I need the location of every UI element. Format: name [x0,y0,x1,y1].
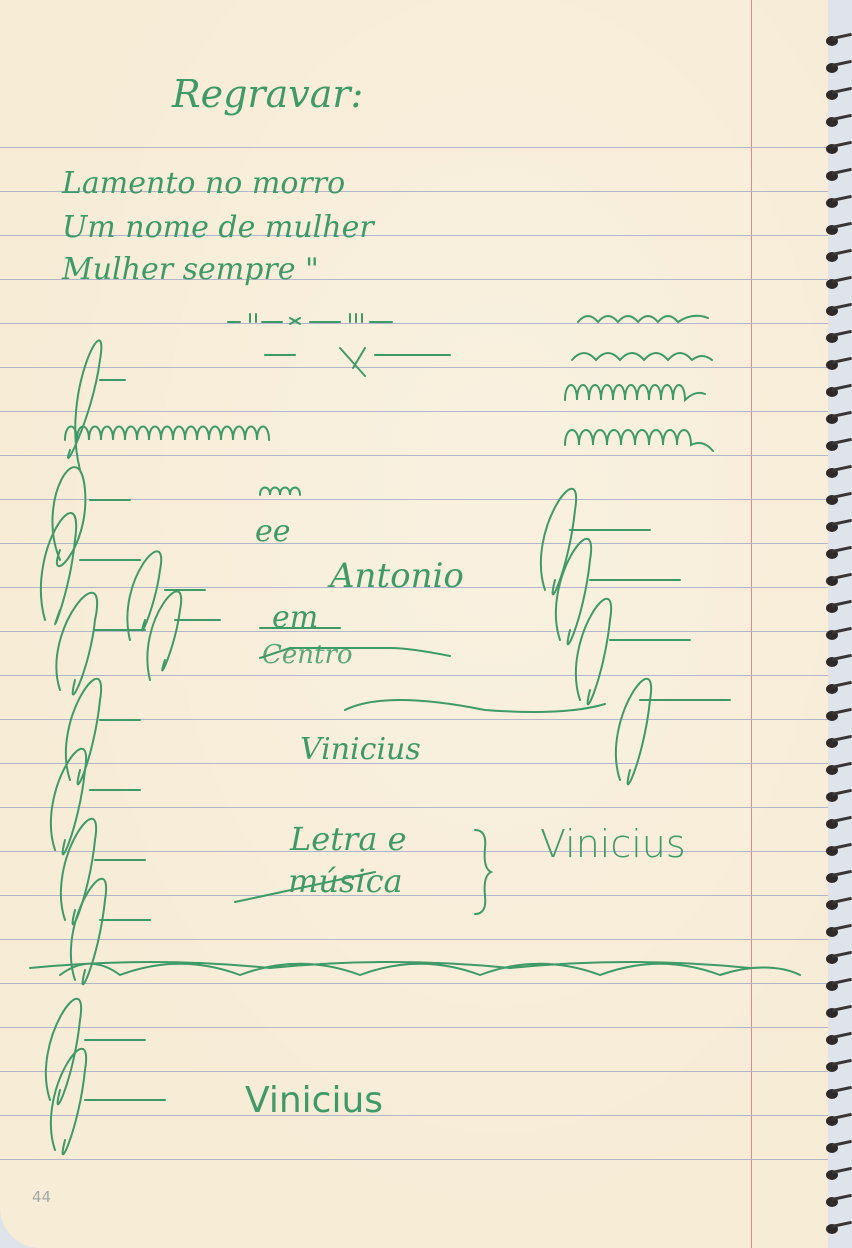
heading-regravar: Regravar: [172,72,363,116]
list-item: Mulher sempre " [62,252,319,287]
note-antonio: Antonio [330,556,464,596]
list-item: Lamento no morro [62,166,345,201]
note-em: em [272,600,318,635]
list-item: Um nome de mulher [62,210,374,245]
note-vinicius-bottom: Vinicius [245,1080,383,1121]
note-musica: música [288,862,403,900]
note-vinicius-brace: Vinicius [540,822,686,866]
note-ee: ee [255,514,291,549]
page-number: 44 [32,1188,51,1206]
note-letra: Letra e [290,820,407,858]
note-vinicius-small: Vinicius [300,732,421,767]
note-centro: Centro [262,640,353,670]
